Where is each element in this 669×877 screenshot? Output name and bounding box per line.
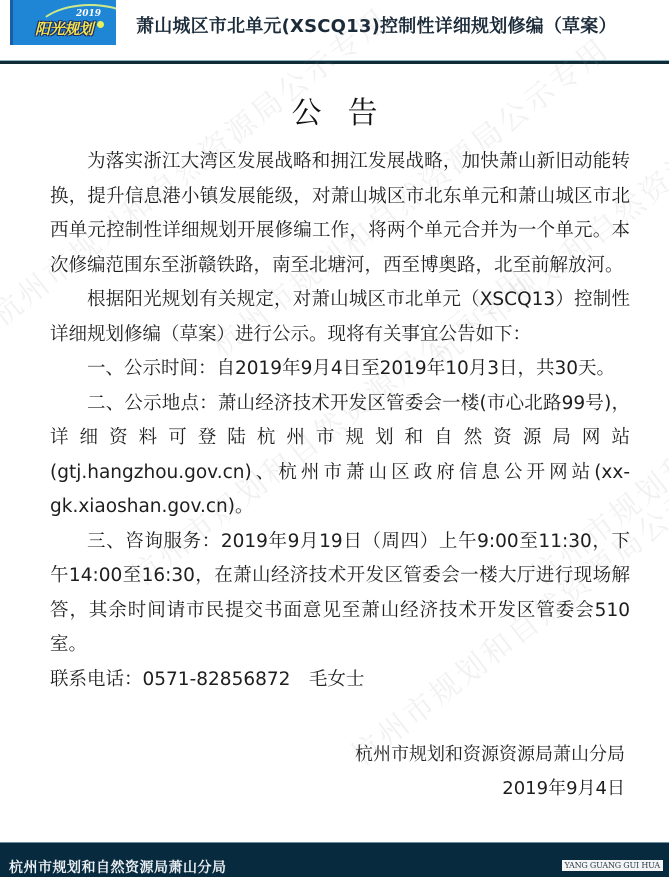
notice-signature: 杭州市规划和资源资源局萧山分局 2019年9月4日 <box>355 738 625 806</box>
contact-line: 联系电话：0571-82856872 毛女士 <box>50 663 630 698</box>
notice-paragraph: 三、咨询服务：2019年9月19日（周四）上午9:00至11:30，下午14:0… <box>50 525 630 663</box>
notice-paragraph: 根据阳光规划有关规定，对萧山城区市北单元（XSCQ13）控制性详细规划修编（草案… <box>50 283 630 352</box>
notice-paragraph: 为落实浙江大湾区发展战略和拥江发展战略，加快萧山新旧动能转换，提升信息港小镇发展… <box>50 145 630 283</box>
footer-brand-tag: YANG GUANG GUI HUA <box>562 860 663 871</box>
logo-brand-text: 阳光规划 <box>35 18 93 39</box>
signature-date: 2019年9月4日 <box>355 772 625 806</box>
header-divider <box>0 60 669 64</box>
sunshine-planning-logo: 2019 阳光规划 <box>10 0 116 45</box>
notice-title: 公告 <box>0 88 669 132</box>
document-header: 2019 阳光规划 萧山城区市北单元(XSCQ13)控制性详细规划修编（草案） <box>0 0 669 60</box>
notice-paragraph: 二、公示地点：萧山经济技术开发区管委会一楼(市心北路99号)，详细资料可登陆杭州… <box>50 387 630 525</box>
signature-organization: 杭州市规划和资源资源局萧山分局 <box>355 738 625 772</box>
document-header-title: 萧山城区市北单元(XSCQ13)控制性详细规划修编（草案） <box>136 12 617 38</box>
notice-paragraph: 一、公示时间：自2019年9月4日至2019年10月3日，共30天。 <box>50 352 630 387</box>
notice-body: 为落实浙江大湾区发展战略和拥江发展战略，加快萧山新旧动能转换，提升信息港小镇发展… <box>50 145 630 697</box>
logo-dot-decoration <box>97 21 104 28</box>
document-footer: 杭州市规划和自然资源局萧山分局 YANG GUANG GUI HUA <box>0 842 669 877</box>
footer-organization: 杭州市规划和自然资源局萧山分局 <box>9 857 227 877</box>
